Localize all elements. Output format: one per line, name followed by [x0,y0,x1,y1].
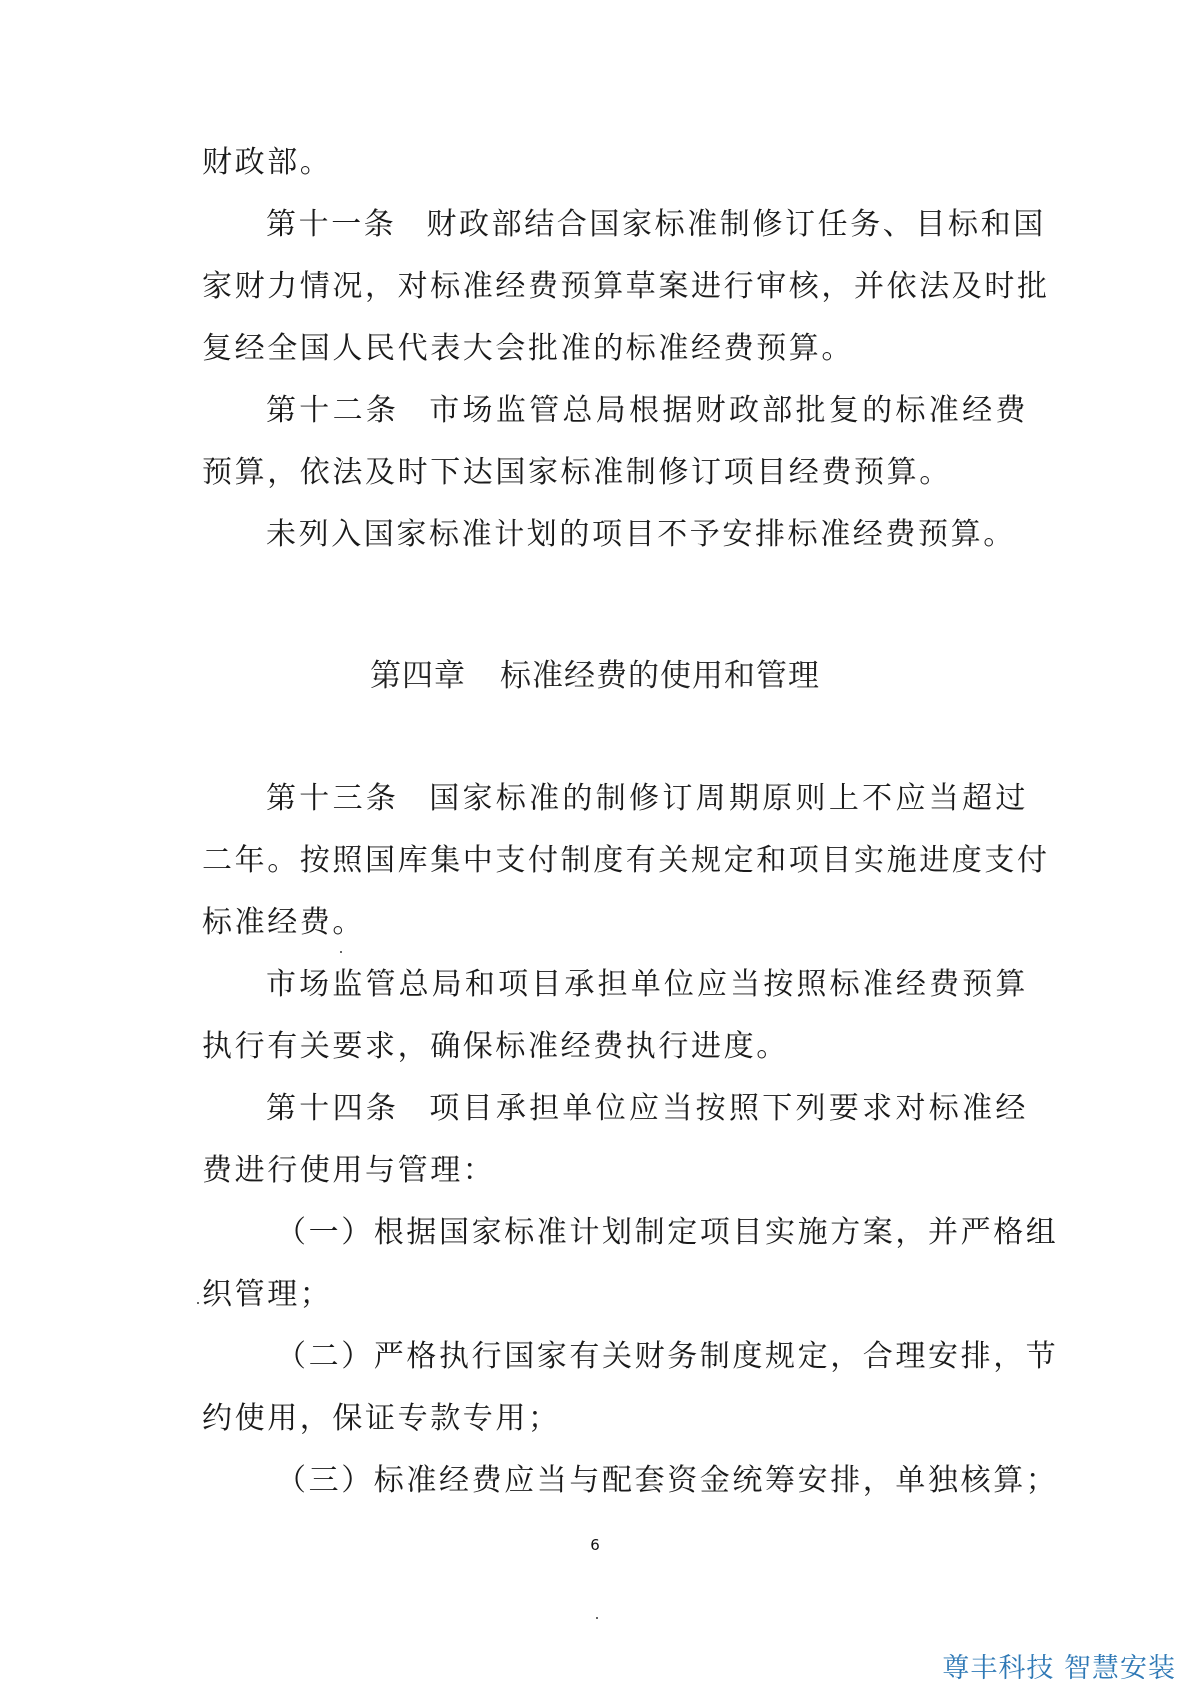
article-11-line-3: 复经全国人民代表大会批准的标准经费预算。 [202,329,1028,369]
chapter-title: 标准经费的使用和管理 [500,658,820,694]
article-14-line-1: 第十四条项目承担单位应当按照下列要求对标准经 [266,1089,1028,1129]
article-12-line-1: 第十二条市场监管总局根据财政部批复的标准经费 [266,391,1028,431]
document-page: 财政部。 第十一条财政部结合国家标准制修订任务、目标和国 家财力情况，对标准经费… [0,0,1190,1682]
line-text: （一）根据国家标准计划制定项目实施方案，并严格组 [276,1215,1058,1250]
line-text: 市场监管总局根据财政部批复的标准经费 [429,393,1028,428]
line-text: 标准经费。 [202,905,365,940]
list-item-1-line-1: （一）根据国家标准计划制定项目实施方案，并严格组 [276,1213,1028,1253]
scan-speck [596,1617,598,1619]
line-text: （三）标准经费应当与配套资金统筹安排，单独核算； [276,1463,1058,1498]
article-number: 第十三条 [266,781,399,816]
line-text: 家财力情况，对标准经费预算草案进行审核，并依法及时批 [202,269,1050,304]
article-number: 第十二条 [266,393,399,428]
line-text: 二年。按照国库集中支付制度有关规定和项目实施进度支付 [202,843,1050,878]
list-item-3-line-1: （三）标准经费应当与配套资金统筹安排，单独核算； [276,1461,1028,1501]
list-item-2-line-1: （二）严格执行国家有关财务制度规定，合理安排，节 [276,1337,1028,1377]
article-13-para-2-line-1: 市场监管总局和项目承担单位应当按照标准经费预算 [266,965,1028,1005]
scan-speck [340,951,342,953]
scan-speck [197,1302,199,1304]
article-14-line-2: 费进行使用与管理： [202,1151,1028,1191]
article-number: 第十四条 [266,1091,399,1126]
article-number: 第十一条 [266,207,396,242]
article-12-line-3: 未列入国家标准计划的项目不予安排标准经费预算。 [266,515,1028,555]
line-text: 未列入国家标准计划的项目不予安排标准经费预算。 [266,517,1016,552]
article-13-line-1: 第十三条国家标准的制修订周期原则上不应当超过 [266,779,1028,819]
line-text: 织管理； [202,1277,332,1312]
page-number: 6 [0,1536,1190,1554]
paragraph-line: 财政部。 [202,143,1028,183]
list-item-1-line-2: 织管理； [202,1275,1028,1315]
article-11-line-1: 第十一条财政部结合国家标准制修订任务、目标和国 [266,205,1028,245]
chapter-heading: 第四章标准经费的使用和管理 [0,655,1190,697]
article-11-line-2: 家财力情况，对标准经费预算草案进行审核，并依法及时批 [202,267,1028,307]
line-text: 项目承担单位应当按照下列要求对标准经 [429,1091,1028,1126]
line-text: 国家标准的制修订周期原则上不应当超过 [429,781,1028,816]
line-text: 财政部结合国家标准制修订任务、目标和国 [426,207,1045,242]
line-text: 财政部。 [202,145,332,180]
line-text: 预算，依法及时下达国家标准制修订项目经费预算。 [202,455,952,490]
article-13-line-3: 标准经费。 [202,903,1028,943]
line-text: 约使用，保证专款专用； [202,1401,561,1436]
list-item-2-line-2: 约使用，保证专款专用； [202,1399,1028,1439]
line-text: 复经全国人民代表大会批准的标准经费预算。 [202,331,854,366]
watermark: 尊丰科技 智慧安装 [942,1646,1176,1682]
article-13-line-2: 二年。按照国库集中支付制度有关规定和项目实施进度支付 [202,841,1028,881]
line-text: 执行有关要求，确保标准经费执行进度。 [202,1029,789,1064]
article-13-para-2-line-2: 执行有关要求，确保标准经费执行进度。 [202,1027,1028,1067]
line-text: 市场监管总局和项目承担单位应当按照标准经费预算 [266,967,1028,1002]
line-text: 费进行使用与管理： [202,1153,495,1188]
line-text: （二）严格执行国家有关财务制度规定，合理安排，节 [276,1339,1058,1374]
chapter-number: 第四章 [370,658,466,694]
article-12-line-2: 预算，依法及时下达国家标准制修订项目经费预算。 [202,453,1028,493]
